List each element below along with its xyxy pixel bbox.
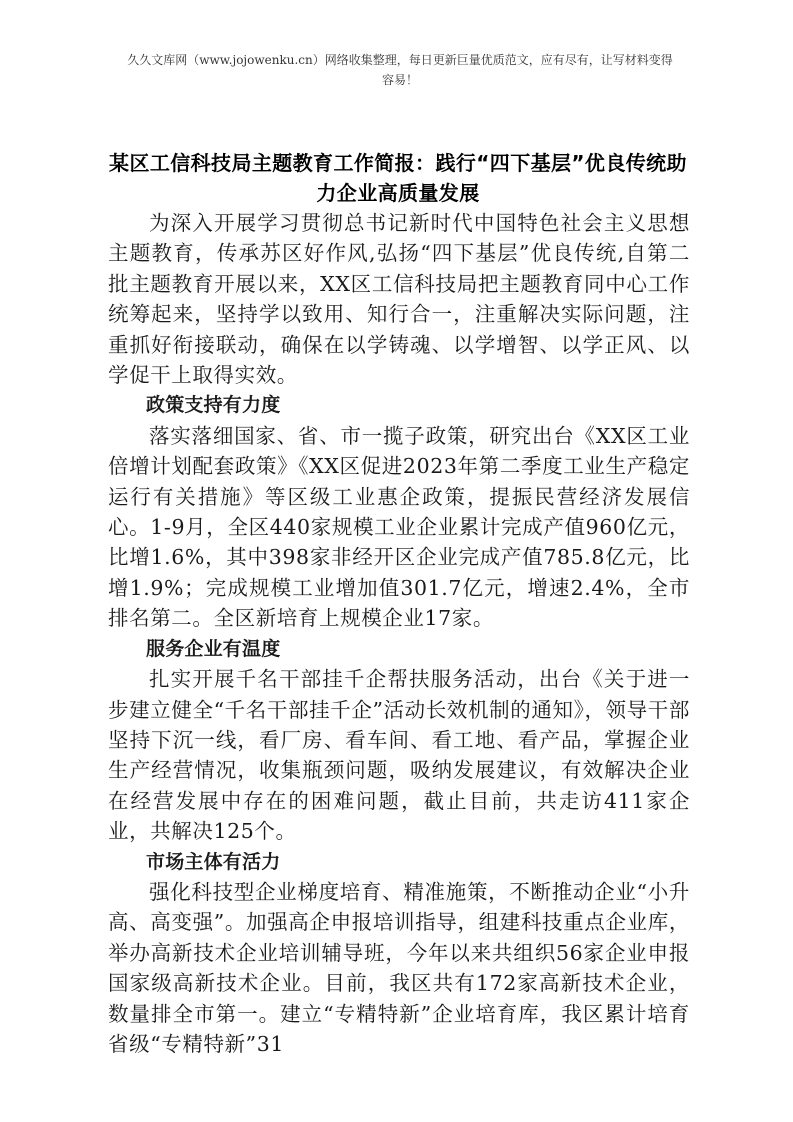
watermark-header: 久久文库网（www.jojowenku.cn）网络收集整理，每日更新巨量优质范文… [100,50,700,90]
section-heading-market: 市场主体有活力 [108,847,690,877]
document-title: 某区工信科技局主题教育工作简报：践行“四下基层”优良传统助力企业高质量发展 [104,148,692,208]
section-paragraph-market: 强化科技型企业梯度培育、精准施策，不断推动企业“小升高、高变强”。加强高企申报培… [108,877,690,1059]
watermark-line-2: 容易！ [100,70,700,90]
document-body: 为深入开展学习贯彻总书记新时代中国特色社会主义思想主题教育，传承苏区好作风,弘扬… [108,208,690,1059]
intro-paragraph: 为深入开展学习贯彻总书记新时代中国特色社会主义思想主题教育，传承苏区好作风,弘扬… [108,208,690,390]
section-paragraph-service: 扎实开展千名干部挂千企帮扶服务活动，出台《关于进一步建立健全“千名干部挂千企”活… [108,664,690,846]
section-heading-policy: 政策支持有力度 [108,390,690,420]
section-paragraph-policy: 落实落细国家、省、市一揽子政策，研究出台《XX区工业倍增计划配套政策》《XX区促… [108,421,690,634]
section-heading-service: 服务企业有温度 [108,634,690,664]
watermark-line-1: 久久文库网（www.jojowenku.cn）网络收集整理，每日更新巨量优质范文… [100,50,700,70]
